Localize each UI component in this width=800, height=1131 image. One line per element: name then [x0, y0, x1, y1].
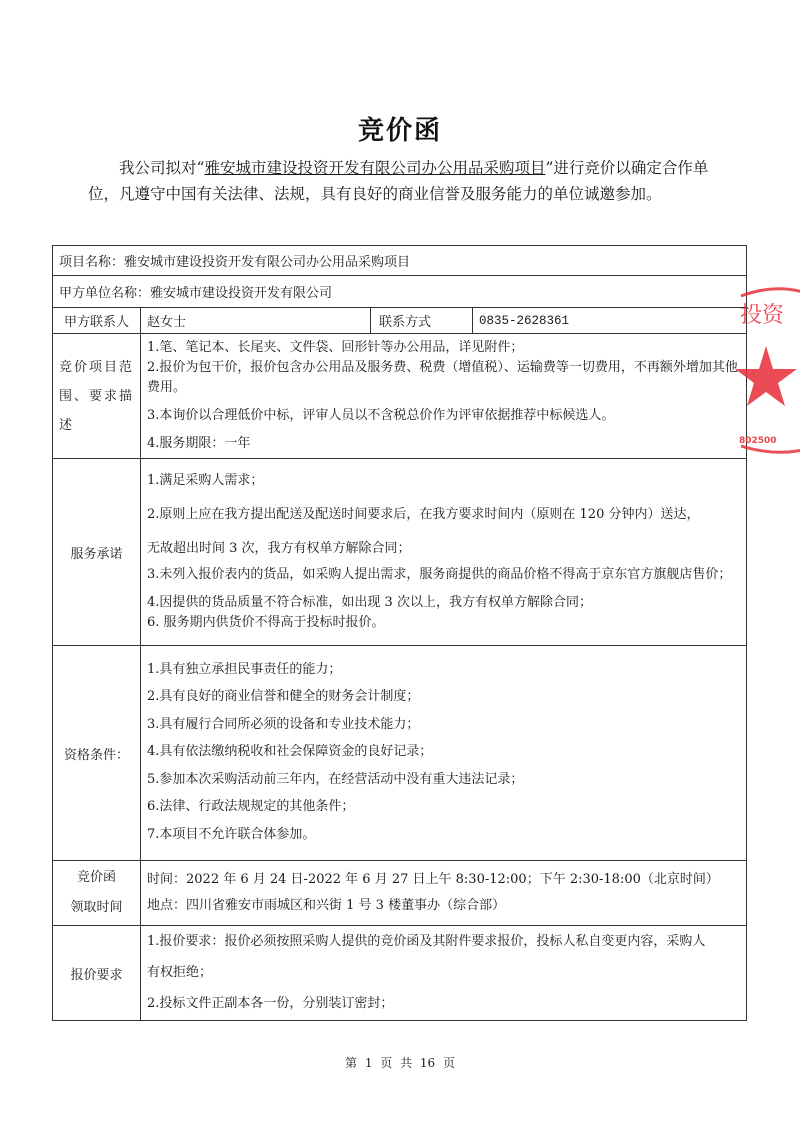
project-name-row: 项目名称：雅安城市建设投资开发有限公司办公用品采购项目 — [53, 246, 747, 276]
contact-row: 甲方联系人 赵女士 联系方式 0835-2628361 — [53, 308, 747, 334]
pickup-content: 时间：2022 年 6 月 24 日-2022 年 6 月 27 日上午 8:3… — [141, 861, 747, 926]
quote-content: 1.报价要求：报价必须按照采购人提供的竞价函及其附件要求报价，投标人私自变更内容… — [141, 926, 747, 1021]
pickup-label-line1: 竞价函 — [59, 868, 134, 888]
pickup-label-line2: 领取时间 — [59, 898, 134, 918]
intro-prefix: 我公司拟对“ — [119, 159, 204, 177]
pickup-row: 竞价函 领取时间 时间：2022 年 6 月 24 日-2022 年 6 月 2… — [53, 861, 747, 926]
phone-label: 联系方式 — [371, 308, 473, 334]
qualifications-row: 资格条件： 1.具有独立承担民事责任的能力； 2.具有良好的商业信誉和健全的财务… — [53, 646, 747, 861]
phone-value: 0835-2628361 — [473, 308, 747, 334]
company-seal-stamp: 投资 802500 — [733, 268, 800, 458]
quote-item: 有权拒绝； — [147, 963, 740, 983]
quote-row: 报价要求 1.报价要求：报价必须按照采购人提供的竞价函及其附件要求报价，投标人私… — [53, 926, 747, 1021]
service-content: 1.满足采购人需求； 2.原则上应在我方提出配送及配送时间要求后，在我方要求时间… — [141, 459, 747, 646]
pickup-time: 时间：2022 年 6 月 24 日-2022 年 6 月 27 日上午 8:3… — [147, 870, 740, 890]
scope-item: 1.笔、笔记本、长尾夹、文件袋、回形针等办公用品，详见附件； — [147, 338, 740, 358]
service-item: 1.满足采购人需求； — [147, 471, 740, 491]
intro-project-name: 雅安城市建设投资开发有限公司办公用品采购项目 — [204, 159, 545, 177]
scope-item: 2.报价为包干价，报价包含办公用品及服务费、税费（增值税）、运输费等一切费用，不… — [147, 358, 740, 398]
qualification-item: 2.具有良好的商业信誉和健全的财务会计制度； — [147, 687, 740, 707]
pickup-label: 竞价函 领取时间 — [53, 861, 141, 926]
quote-item: 1.报价要求：报价必须按照采购人提供的竞价函及其附件要求报价，投标人私自变更内容… — [147, 932, 740, 952]
scope-item: 4.服务期限：一年 — [147, 434, 740, 454]
scope-content: 1.笔、笔记本、长尾夹、文件袋、回形针等办公用品，详见附件； 2.报价为包干价，… — [141, 334, 747, 459]
scope-label: 竞价项目范围、要求描述 — [53, 334, 141, 459]
service-item: 3.未列入报价表内的货品，如采购人提出需求，服务商提供的商品价格不得高于京东官方… — [147, 565, 740, 585]
qualifications-content: 1.具有独立承担民事责任的能力； 2.具有良好的商业信誉和健全的财务会计制度； … — [141, 646, 747, 861]
contact-label: 甲方联系人 — [53, 308, 141, 334]
document-title: 竞价函 — [0, 110, 800, 147]
party-a-cell: 甲方单位名称：雅安城市建设投资开发有限公司 — [53, 276, 747, 308]
service-item: 2.原则上应在我方提出配送及配送时间要求后，在我方要求时间内（原则在 120 分… — [147, 505, 740, 525]
qualification-item: 4.具有依法缴纳税收和社会保障资金的良好记录； — [147, 742, 740, 762]
scope-item: 3.本询价以合理低价中标，评审人员以不含税总价作为评审依据推荐中标候选人。 — [147, 406, 740, 426]
intro-paragraph: 我公司拟对“雅安城市建设投资开发有限公司办公用品采购项目”进行竞价以确定合作单位… — [88, 155, 728, 207]
service-item: 6. 服务期内供货价不得高于投标时报价。 — [147, 613, 740, 633]
party-a-row: 甲方单位名称：雅安城市建设投资开发有限公司 — [53, 276, 747, 308]
service-item: 无故超出时间 3 次，我方有权单方解除合同； — [147, 539, 740, 559]
pickup-place: 地点：四川省雅安市雨城区和兴街 1 号 3 楼董事办（综合部） — [147, 896, 740, 916]
service-row: 服务承诺 1.满足采购人需求； 2.原则上应在我方提出配送及配送时间要求后，在我… — [53, 459, 747, 646]
qualifications-label: 资格条件： — [53, 646, 141, 861]
page-number: 第 1 页 共 16 页 — [0, 1054, 800, 1071]
qualification-item: 7.本项目不允许联合体参加。 — [147, 825, 740, 845]
qualification-item: 3.具有履行合同所必须的设备和专业技术能力； — [147, 715, 740, 735]
scope-row: 竞价项目范围、要求描述 1.笔、笔记本、长尾夹、文件袋、回形针等办公用品，详见附… — [53, 334, 747, 459]
svg-text:投资: 投资 — [740, 303, 785, 328]
qualification-item: 5.参加本次采购活动前三年内，在经营活动中没有重大违法记录； — [147, 770, 740, 790]
qualification-item: 1.具有独立承担民事责任的能力； — [147, 660, 740, 680]
contact-value: 赵女士 — [141, 308, 371, 334]
service-label: 服务承诺 — [53, 459, 141, 646]
service-item: 4.因提供的货品质量不符合标准，如出现 3 次以上，我方有权单方解除合同； — [147, 593, 740, 613]
project-name-cell: 项目名称：雅安城市建设投资开发有限公司办公用品采购项目 — [53, 246, 747, 276]
bidding-info-table: 项目名称：雅安城市建设投资开发有限公司办公用品采购项目 甲方单位名称：雅安城市建… — [52, 245, 747, 1021]
quote-item: 2.投标文件正副本各一份，分别装订密封； — [147, 994, 740, 1014]
quote-label: 报价要求 — [53, 926, 141, 1021]
qualification-item: 6.法律、行政法规规定的其他条件； — [147, 797, 740, 817]
seal-icon: 投资 802500 — [733, 268, 800, 458]
svg-text:802500: 802500 — [739, 436, 777, 446]
